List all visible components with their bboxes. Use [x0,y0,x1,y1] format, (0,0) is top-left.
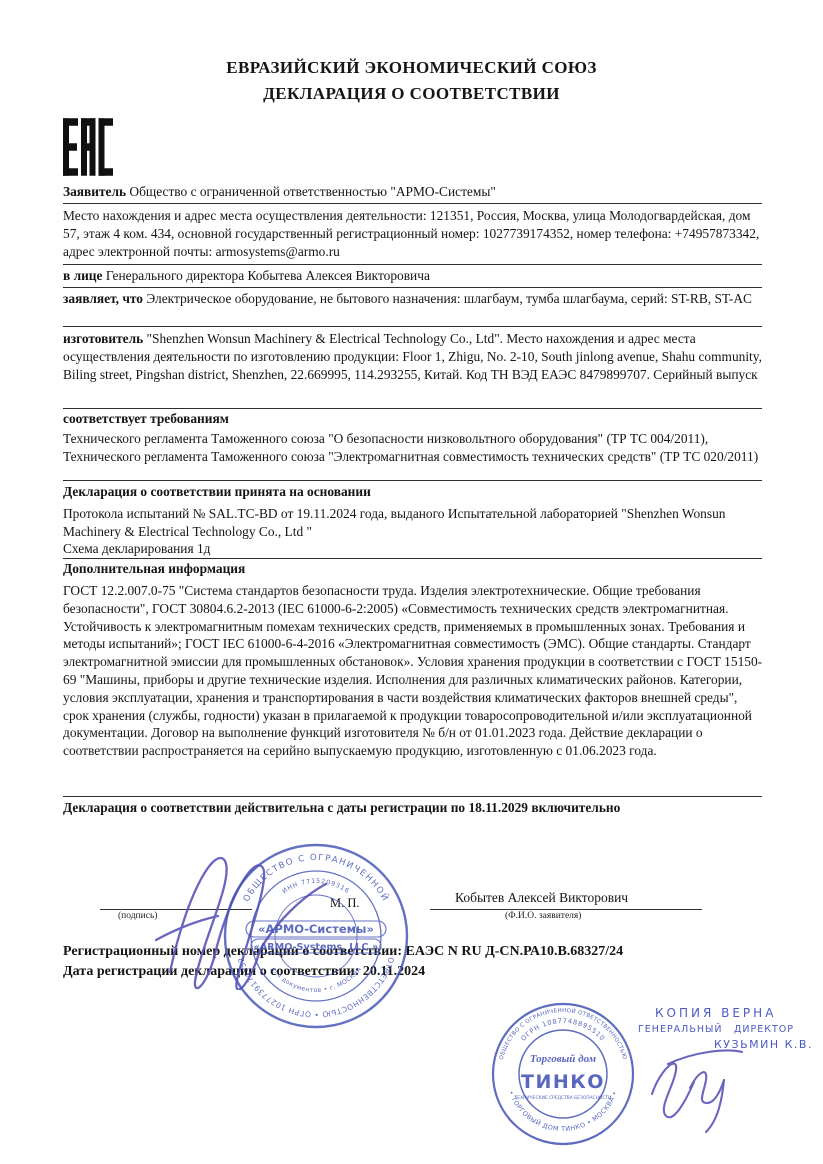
copy-verna-label: КОПИЯ ВЕРНА [655,1006,776,1020]
tinko-stamp-ring-top: ОБЩЕСТВО С ОГРАНИЧЕННОЙ ОТВЕТСТВЕННОСТЬЮ [499,1008,628,1061]
armo-stamp-center-line1: «АРМО-Системы» [258,922,374,936]
applicant-label: Заявитель [63,184,126,199]
svg-text:ОБЩЕСТВО С ОГРАНИЧЕННОЙ ОТВЕТС: ОБЩЕСТВО С ОГРАНИЧЕННОЙ ОТВЕТСТВЕННОСТЬЮ [499,1008,628,1061]
copy-verna-name: КУЗЬМИН К.В. [714,1038,813,1051]
tinko-stamp-tiny-text: ТЕХНИЧЕСКИЕ СРЕДСТВА БЕЗОПАСНОСТИ [514,1095,612,1101]
svg-text:ОБЩЕСТВО С ОГРАНИЧЕННОЙ: ОБЩЕСТВО С ОГРАНИЧЕННОЙ [242,853,392,904]
address-line: Место нахождения и адрес места осуществл… [63,207,763,260]
declaration-document: ЕВРАЗИЙСКИЙ ЭКОНОМИЧЕСКИЙ СОЮЗ ДЕКЛАРАЦИ… [0,0,823,1164]
requirements-heading: соответствует требованиям [63,411,763,427]
fio-caption: (Ф.И.О. заявителя) [505,911,581,921]
validity-line: Декларация о соответствии действительна … [63,799,763,817]
declares-label: заявляет, что [63,291,143,306]
manufacturer-value: "Shenzhen Wonsun Machinery & Electrical … [63,331,762,382]
registration-number-line: Регистрационный номер декларации о соотв… [63,944,763,960]
signature-line [100,909,252,910]
kuzmin-signature [638,1042,758,1137]
tinko-stamp: ОБЩЕСТВО С ОГРАНИЧЕННОЙ ОТВЕТСТВЕННОСТЬЮ… [489,1000,637,1148]
requirements-text: Технического регламента Таможенного союз… [63,430,763,466]
section-divider [63,796,762,797]
fio-line [430,909,702,910]
declares-line: заявляет, что Электрическое оборудование… [63,290,763,308]
representative-value: Генерального директора Кобытева Алексея … [102,268,429,283]
svg-text:ОГРН 1087748895510: ОГРН 1087748895510 [519,1017,606,1043]
svg-text:• ТОРГОВЫЙ ДОМ ТИНКО • МОСКВА: • ТОРГОВЫЙ ДОМ ТИНКО • МОСКВА • [507,1090,619,1133]
copy-verna-role-left: ГЕНЕРАЛЬНЫЙ [638,1024,722,1035]
section-divider [63,408,762,409]
tinko-stamp-script: Торговый дом [530,1053,597,1065]
tinko-stamp-ogrn: ОГРН 1087748895510 [519,1017,606,1043]
fio-name: Кобытев Алексей Викторович [455,890,628,906]
armo-stamp-inner-top: ИНН 7715209316 [281,877,352,895]
representative-label: в лице [63,268,102,283]
armo-stamp-ring-top: ОБЩЕСТВО С ОГРАНИЧЕННОЙ [242,853,392,904]
page-title-line1: ЕВРАЗИЙСКИЙ ЭКОНОМИЧЕСКИЙ СОЮЗ [0,58,823,78]
section-divider [63,558,762,559]
declares-value: Электрическое оборудование, не бытового … [143,291,752,306]
section-divider [63,203,762,204]
applicant-line: Заявитель Общество с ограниченной ответс… [63,183,763,201]
armo-stamp: ОБЩЕСТВО С ОГРАНИЧЕННОЙ ОТВЕТСТВЕННОСТЬЮ… [222,842,410,1030]
manufacturer-label: изготовитель [63,331,143,346]
copy-verna-role-right: ДИРЕКТОР [734,1024,794,1035]
manufacturer-line: изготовитель "Shenzhen Wonsun Machinery … [63,330,763,383]
section-divider [63,326,762,327]
eac-logo [63,117,113,177]
svg-text:ИНН 7715209316: ИНН 7715209316 [281,877,352,895]
seal-place-label: М. П. [330,896,360,911]
page-title-line2: ДЕКЛАРАЦИЯ О СООТВЕТСТВИИ [0,84,823,104]
registration-date-line: Дата регистрации декларации о соответств… [63,964,763,980]
basis-protocol-text: Протокола испытаний № SAL.TC-BD от 19.11… [63,505,763,541]
tinko-stamp-brand: ТИНКО [521,1071,605,1093]
applicant-value: Общество с ограниченной ответственностью… [126,184,496,199]
tinko-stamp-ring-bottom: • ТОРГОВЫЙ ДОМ ТИНКО • МОСКВА • [507,1090,619,1133]
basis-heading: Декларация о соответствии принята на осн… [63,484,763,500]
section-divider [63,480,762,481]
copy-verna-role: ГЕНЕРАЛЬНЫЙ ДИРЕКТОР [638,1024,794,1035]
basis-scheme-text: Схема декларирования 1д [63,540,763,558]
additional-heading: Дополнительная информация [63,561,763,577]
section-divider [63,287,762,288]
additional-text: ГОСТ 12.2.007.0-75 "Система стандартов б… [63,582,763,760]
section-divider [63,264,762,265]
signature-caption: (подпись) [118,911,157,921]
representative-line: в лице Генерального директора Кобытева А… [63,267,763,285]
